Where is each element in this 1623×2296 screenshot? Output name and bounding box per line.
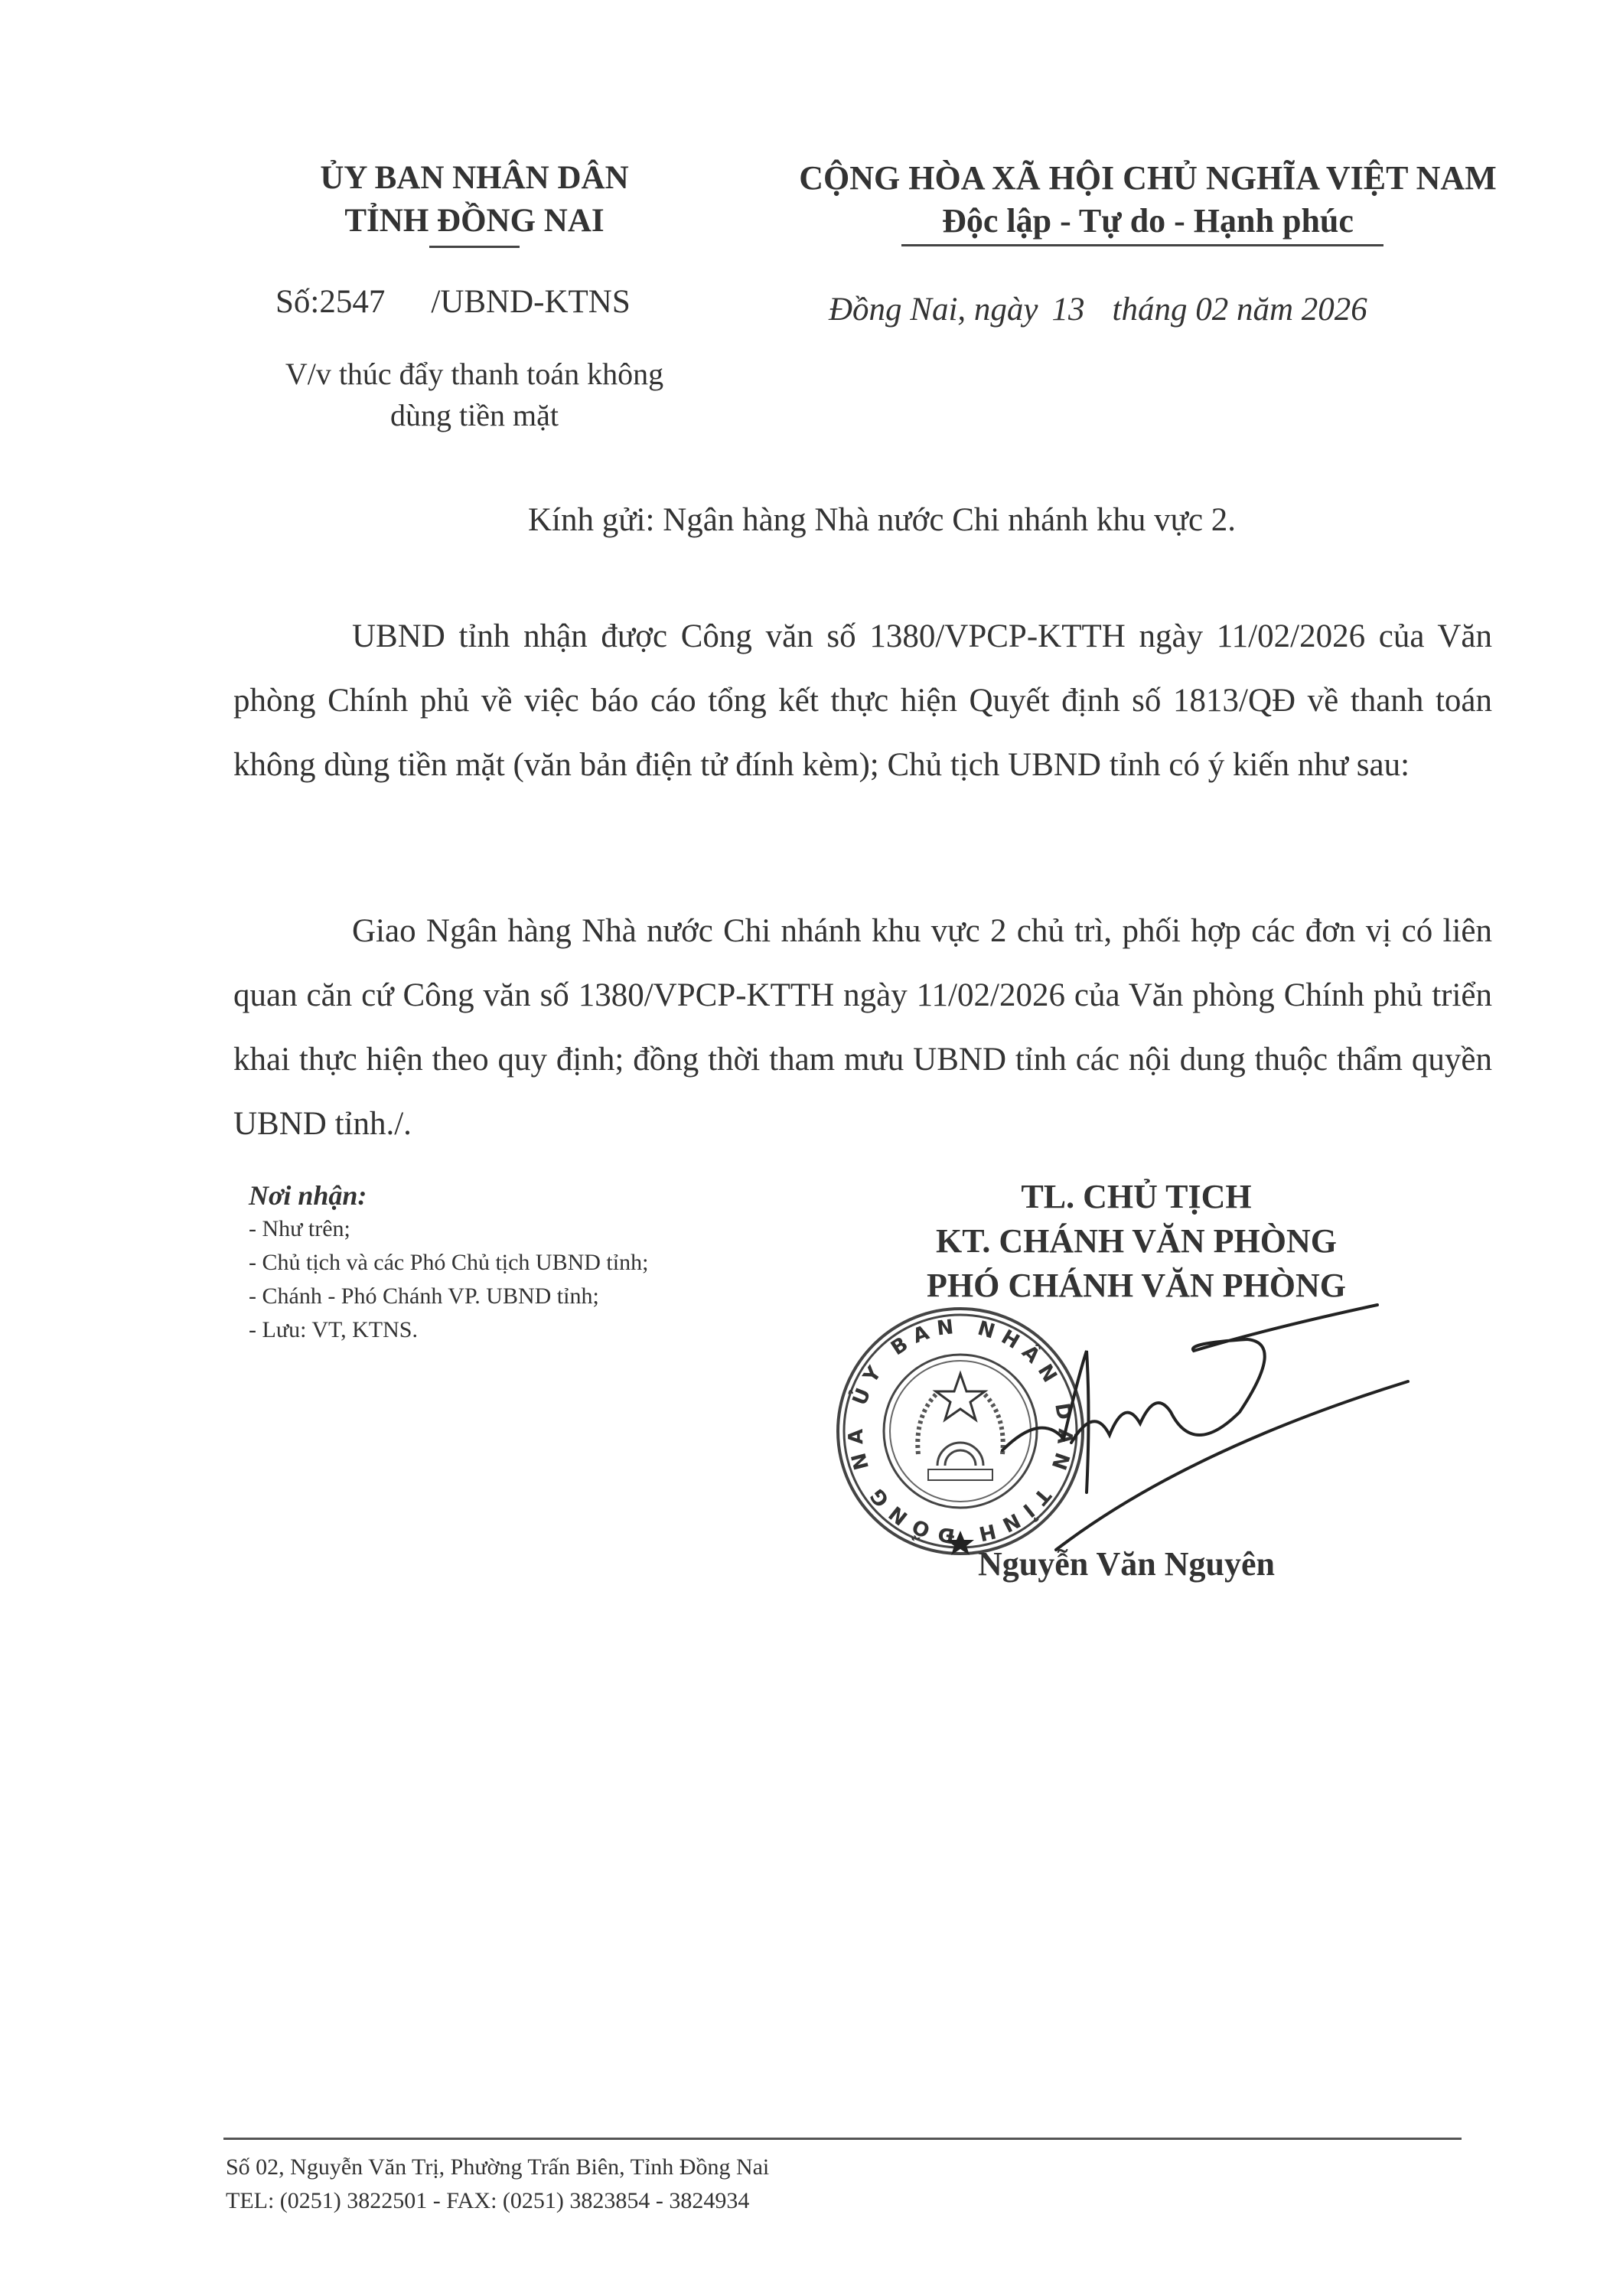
body-paragraph-2: Giao Ngân hàng Nhà nước Chi nhánh khu vự… [233,899,1492,1156]
distribution-item: - Chánh - Phó Chánh VP. UBND tỉnh; [249,1280,800,1313]
distribution-item: - Lưu: VT, KTNS. [249,1313,800,1347]
nation-title: CỘNG HÒA XÃ HỘI CHỦ NGHĨA VIỆT NAM [765,157,1530,200]
document-number: Số:2547/UBND-KTNS [275,283,631,321]
footer-divider [223,2138,1462,2140]
doc-code: /UBND-KTNS [431,284,630,320]
doc-number-value: 2547 [319,284,385,320]
issuing-authority: ỦY BAN NHÂN DÂN TỈNH ĐỒNG NAI [230,157,719,248]
signature-title-1: TL. CHỦ TỊCH [842,1175,1431,1219]
authority-name: ỦY BAN NHÂN DÂN [230,157,719,200]
subject-line-2: dùng tiền mặt [230,395,719,436]
signature-block: TL. CHỦ TỊCH KT. CHÁNH VĂN PHÒNG PHÓ CHÁ… [842,1175,1431,1308]
footer-phone-fax: TEL: (0251) 3822501 - FAX: (0251) 382385… [226,2184,769,2218]
signature-title-2: KT. CHÁNH VĂN PHÒNG [842,1219,1431,1264]
place-date: Đồng Nai, ngày13tháng 02 năm 2026 [829,291,1367,328]
date-day: 13 [1052,292,1085,328]
signer-name: Nguyễn Văn Nguyên [978,1544,1275,1583]
distribution-title: Nơi nhận: [249,1179,800,1212]
doc-number-label: Số: [275,284,319,320]
date-prefix: Đồng Nai, ngày [829,292,1038,328]
motto-underline [901,244,1383,246]
authority-province: TỈNH ĐỒNG NAI [230,200,719,243]
paragraph-2-text: Giao Ngân hàng Nhà nước Chi nhánh khu vự… [233,913,1492,1142]
paragraph-1-text: UBND tỉnh nhận được Công văn số 1380/VPC… [233,618,1492,783]
distribution-item: - Như trên; [249,1212,800,1246]
addressee: Kính gửi: Ngân hàng Nhà nước Chi nhánh k… [528,501,1236,539]
distribution-list: Nơi nhận: - Như trên; - Chủ tịch và các … [249,1179,800,1347]
footer-contact: Số 02, Nguyễn Văn Trị, Phường Trấn Biên,… [226,2151,769,2218]
national-header: CỘNG HÒA XÃ HỘI CHỦ NGHĨA VIỆT NAM Độc l… [765,157,1530,246]
date-month-year: tháng 02 năm 2026 [1113,292,1367,328]
footer-address: Số 02, Nguyễn Văn Trị, Phường Trấn Biên,… [226,2151,769,2184]
distribution-item: - Chủ tịch và các Phó Chủ tịch UBND tỉnh… [249,1246,800,1280]
body-paragraph-1: UBND tỉnh nhận được Công văn số 1380/VPC… [233,605,1492,797]
subject-line-1: V/v thúc đẩy thanh toán không [230,354,719,395]
national-motto: Độc lập - Tự do - Hạnh phúc [765,200,1530,243]
authority-underline [429,246,520,248]
document-subject: V/v thúc đẩy thanh toán không dùng tiền … [230,354,719,436]
handwritten-signature-icon [995,1297,1423,1557]
